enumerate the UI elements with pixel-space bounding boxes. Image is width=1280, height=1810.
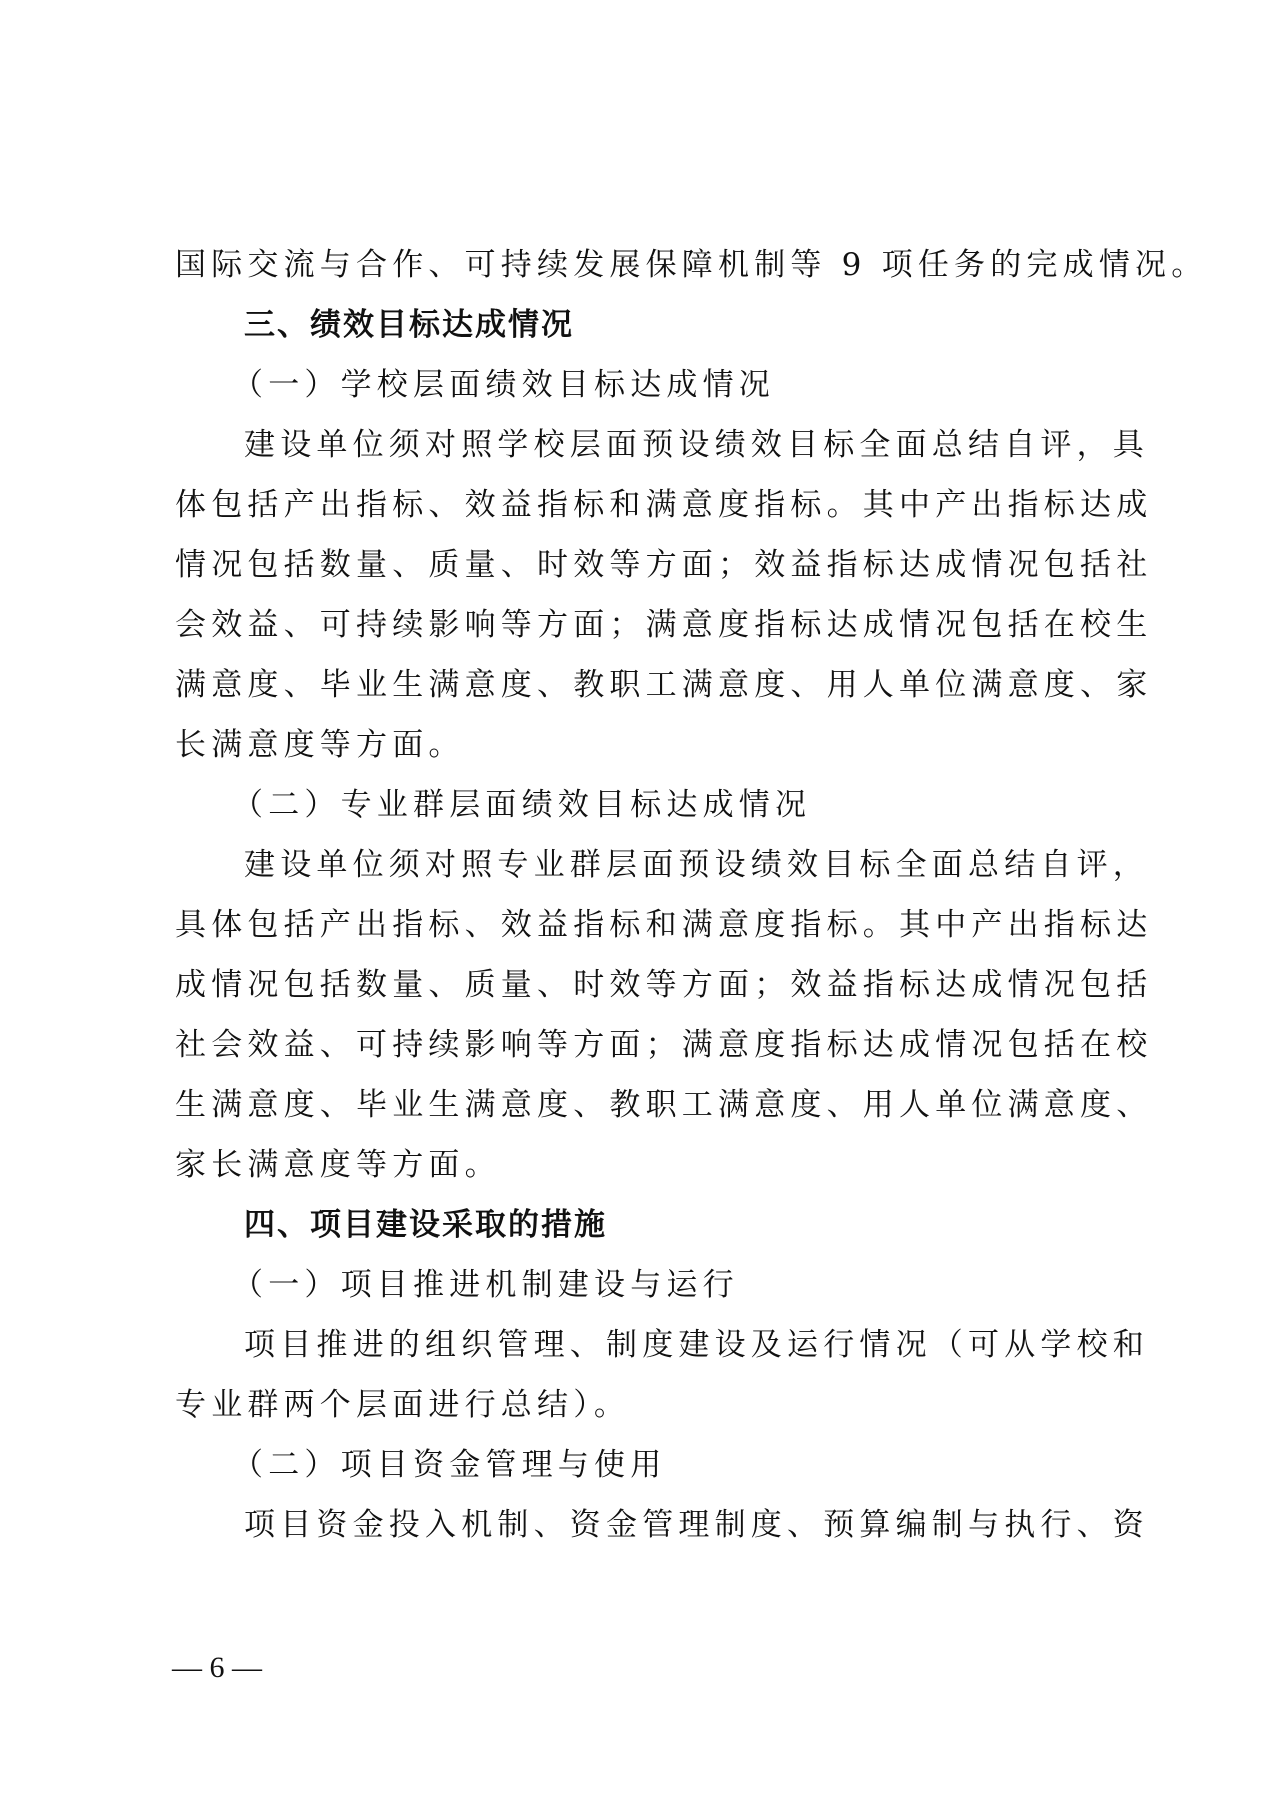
body-line: 国际交流与合作、可持续发展保障机制等 9 项任务的完成情况。 (175, 235, 1207, 295)
body-line: 专业群两个层面进行总结）。 (175, 1375, 630, 1435)
body-line: 满意度、毕业生满意度、教职工满意度、用人单位满意度、家 (175, 655, 1152, 715)
document-page: 国际交流与合作、可持续发展保障机制等 9 项任务的完成情况。 三、绩效目标达成情… (0, 0, 1280, 1810)
body-line: 生满意度、毕业生满意度、教职工满意度、用人单位满意度、 (175, 1075, 1152, 1135)
subsection-heading-3-2: （二）专业群层面绩效目标达成情况 (232, 775, 811, 835)
body-line: 社会效益、可持续影响等方面；满意度指标达成情况包括在校 (175, 1015, 1152, 1075)
body-line: 体包括产出指标、效益指标和满意度指标。其中产出指标达成 (175, 475, 1152, 535)
body-line: 项目推进的组织管理、制度建设及运行情况（可从学校和 (244, 1315, 1149, 1375)
body-line: 建设单位须对照学校层面预设绩效目标全面总结自评，具 (244, 415, 1149, 475)
page-number: — 6 — (172, 1648, 262, 1688)
body-line: 项目资金投入机制、资金管理制度、预算编制与执行、资 (244, 1495, 1149, 1555)
body-line: 长满意度等方面。 (175, 715, 465, 775)
body-line: 家长满意度等方面。 (175, 1135, 501, 1195)
subsection-heading-3-1: （一）学校层面绩效目标达成情况 (232, 355, 775, 415)
subsection-heading-4-1: （一）项目推进机制建设与运行 (232, 1255, 739, 1315)
body-line: 建设单位须对照专业群层面预设绩效目标全面总结自评， (244, 835, 1149, 895)
body-line: 会效益、可持续影响等方面；满意度指标达成情况包括在校生 (175, 595, 1152, 655)
section-heading-3: 三、绩效目标达成情况 (244, 295, 574, 355)
body-line: 情况包括数量、质量、时效等方面；效益指标达成情况包括社 (175, 535, 1152, 595)
subsection-heading-4-2: （二）项目资金管理与使用 (232, 1435, 666, 1495)
body-line: 成情况包括数量、质量、时效等方面；效益指标达成情况包括 (175, 955, 1152, 1015)
body-line: 具体包括产出指标、效益指标和满意度指标。其中产出指标达 (175, 895, 1152, 955)
section-heading-4: 四、项目建设采取的措施 (244, 1195, 607, 1255)
